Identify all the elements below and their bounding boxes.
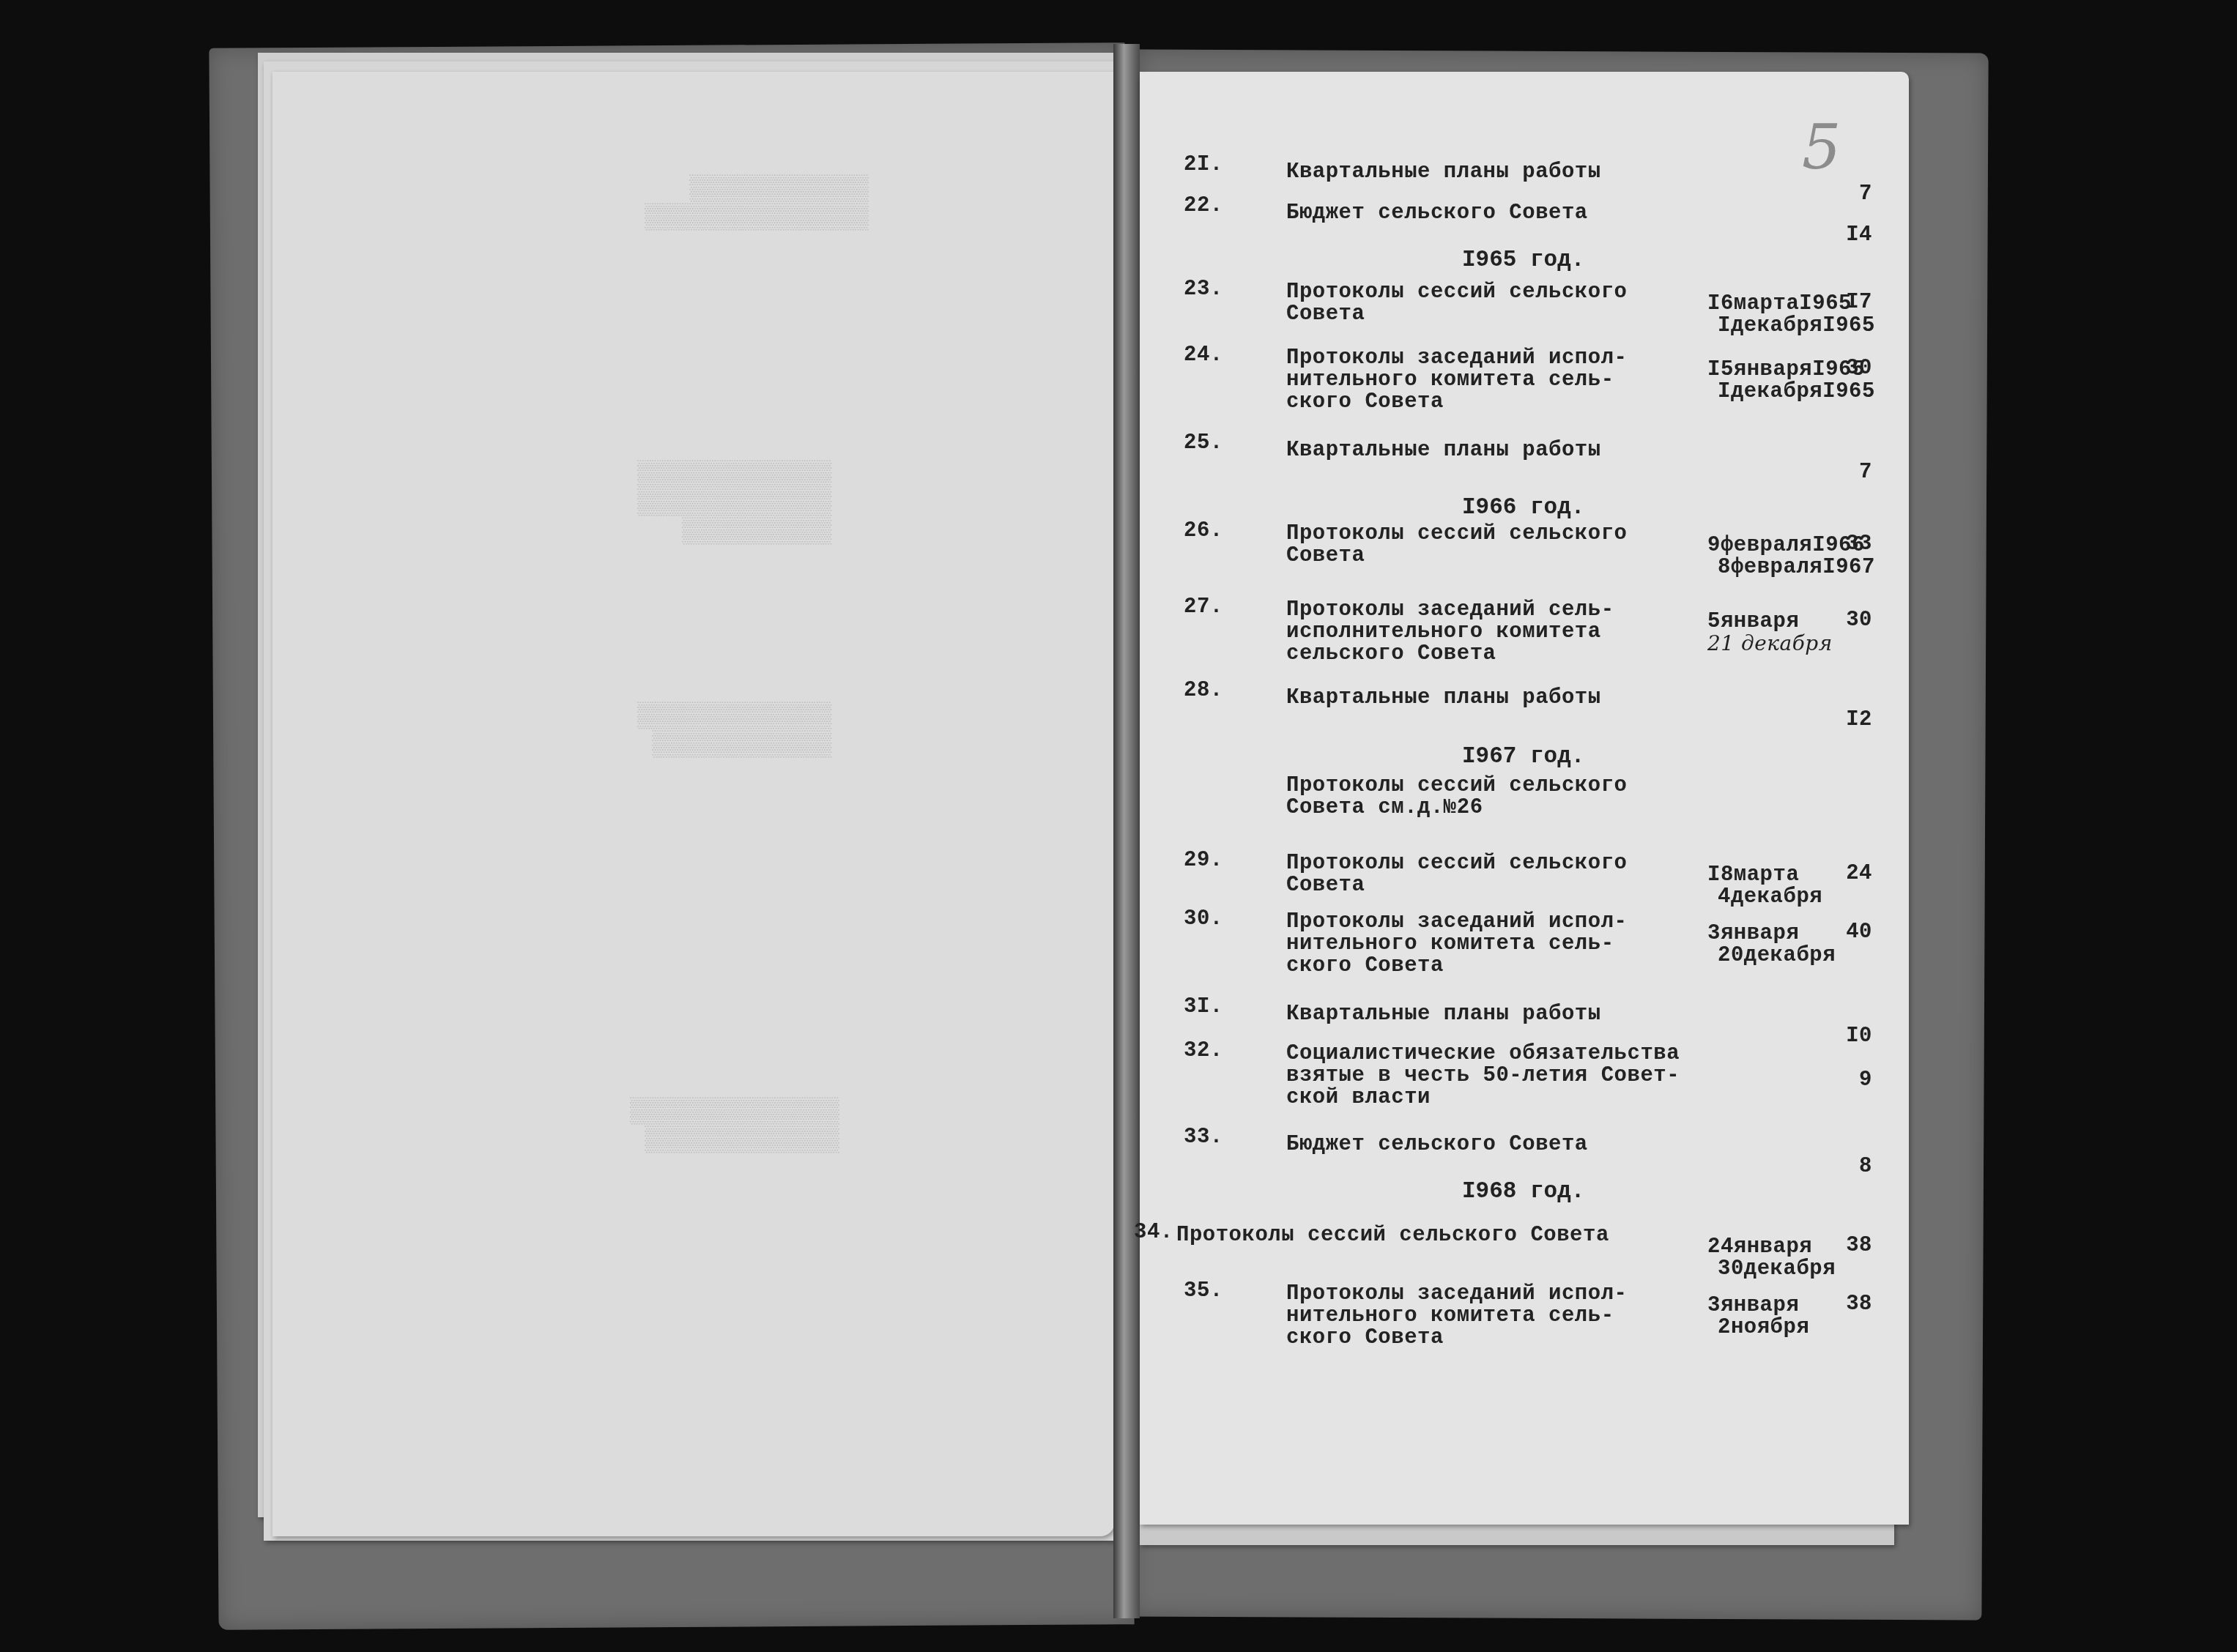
sheet-count: 7	[1814, 461, 1872, 483]
item-title: Протоколы сессий сельского Совета	[1286, 523, 1627, 567]
bleed-through-text: ▒▒▒▒▒▒▒▒▒▒▒▒▒ ▒▒▒▒▒▒▒▒▒▒▒▒	[637, 703, 831, 760]
item-number: 24.	[1184, 344, 1223, 366]
end-date: 20декабря	[1707, 945, 1836, 967]
end-date: 21 декабря	[1707, 633, 1833, 655]
item-title: Квартальные планы работы	[1286, 161, 1601, 183]
item-title: Протоколы сессий сельского Совета	[1176, 1224, 1609, 1246]
year-heading: I968 год.	[1462, 1179, 1584, 1205]
item-number: 27.	[1184, 596, 1223, 618]
end-date: IдекабряI965	[1707, 315, 1875, 337]
item-title: Квартальные планы работы	[1286, 1003, 1601, 1025]
year-heading: I965 год.	[1462, 248, 1584, 273]
sheet-count: 30	[1814, 609, 1872, 631]
cross-reference-note: Протоколы сессий сельского Совета см.д.№…	[1286, 775, 1627, 819]
bleed-through-text: ▒▒▒▒▒▒▒▒▒▒▒▒▒ ▒▒▒▒▒▒▒▒▒▒▒▒▒ ▒▒▒▒▒▒▒▒▒▒	[637, 461, 831, 547]
item-number: 28.	[1184, 680, 1223, 702]
item-number: 35.	[1184, 1280, 1223, 1302]
item-title: Протоколы заседаний испол- нительного ко…	[1286, 347, 1627, 413]
sheet-count: 8	[1814, 1156, 1872, 1177]
item-number: 25.	[1184, 432, 1223, 454]
end-date: IдекабряI965	[1707, 381, 1875, 403]
year-heading: I967 год.	[1462, 744, 1584, 770]
bleed-through-text: ▒▒▒▒▒▒▒▒▒▒▒▒▒▒ ▒▒▒▒▒▒▒▒▒▒▒▒▒	[630, 1098, 839, 1156]
sheet-count: 33	[1814, 533, 1872, 555]
item-number: 29.	[1184, 849, 1223, 871]
sheet-count: 7	[1814, 183, 1872, 205]
item-title: Бюджет сельского Совета	[1286, 202, 1588, 224]
bleed-through-text: ▒▒▒▒▒▒▒▒▒▒▒▒ ▒▒▒▒▒▒▒▒▒▒▒▒▒▒▒	[645, 176, 869, 233]
item-number: 30.	[1184, 908, 1223, 930]
book-spine	[1113, 44, 1140, 1618]
item-date-range: 3января2ноября	[1707, 1295, 1809, 1339]
inventory-list: 5 2I.Квартальные планы работы722.Бюджет …	[1140, 72, 1909, 1525]
sheet-count: 38	[1814, 1293, 1872, 1315]
left-page	[272, 72, 1115, 1536]
sheet-count: I7	[1814, 291, 1872, 313]
item-number: 26.	[1184, 520, 1223, 542]
end-date: 2ноября	[1707, 1317, 1809, 1339]
item-title: Социалистические обязательства взятые в …	[1286, 1043, 1680, 1109]
sheet-count: I4	[1814, 224, 1872, 246]
item-title: Бюджет сельского Совета	[1286, 1134, 1588, 1156]
item-number: 22.	[1184, 195, 1223, 217]
item-number: 33.	[1184, 1126, 1223, 1148]
item-number: 23.	[1184, 278, 1223, 300]
sheet-count: I0	[1814, 1025, 1872, 1047]
item-title: Квартальные планы работы	[1286, 439, 1601, 461]
item-number: 3I.	[1184, 996, 1223, 1018]
sheet-count: 40	[1814, 921, 1872, 943]
folio-number: 5	[1802, 111, 1841, 183]
sheet-count: 30	[1814, 357, 1872, 379]
start-date: 3января	[1707, 1295, 1809, 1317]
item-number: 32.	[1184, 1040, 1223, 1062]
year-heading: I966 год.	[1462, 495, 1584, 521]
item-number: 34.	[1134, 1221, 1173, 1243]
item-title: Квартальные планы работы	[1286, 687, 1601, 709]
sheet-count: 24	[1814, 863, 1872, 885]
start-date: I8марта	[1707, 864, 1822, 886]
item-title: Протоколы сессий сельского Совета	[1286, 281, 1627, 325]
end-date: 4декабря	[1707, 886, 1822, 908]
end-date: 30декабря	[1707, 1258, 1836, 1280]
sheet-count: I2	[1814, 709, 1872, 731]
sheet-count: 9	[1814, 1069, 1872, 1091]
sheet-count: 38	[1814, 1235, 1872, 1257]
item-title: Протоколы заседаний испол- нительного ко…	[1286, 1283, 1627, 1349]
item-title: Протоколы сессий сельского Совета	[1286, 852, 1627, 896]
item-date-range: I8марта4декабря	[1707, 864, 1822, 908]
item-title: Протоколы заседаний сель- исполнительног…	[1286, 599, 1614, 665]
item-title: Протоколы заседаний испол- нительного ко…	[1286, 911, 1627, 977]
item-number: 2I.	[1184, 154, 1223, 176]
end-date: 8февраляI967	[1707, 557, 1875, 578]
